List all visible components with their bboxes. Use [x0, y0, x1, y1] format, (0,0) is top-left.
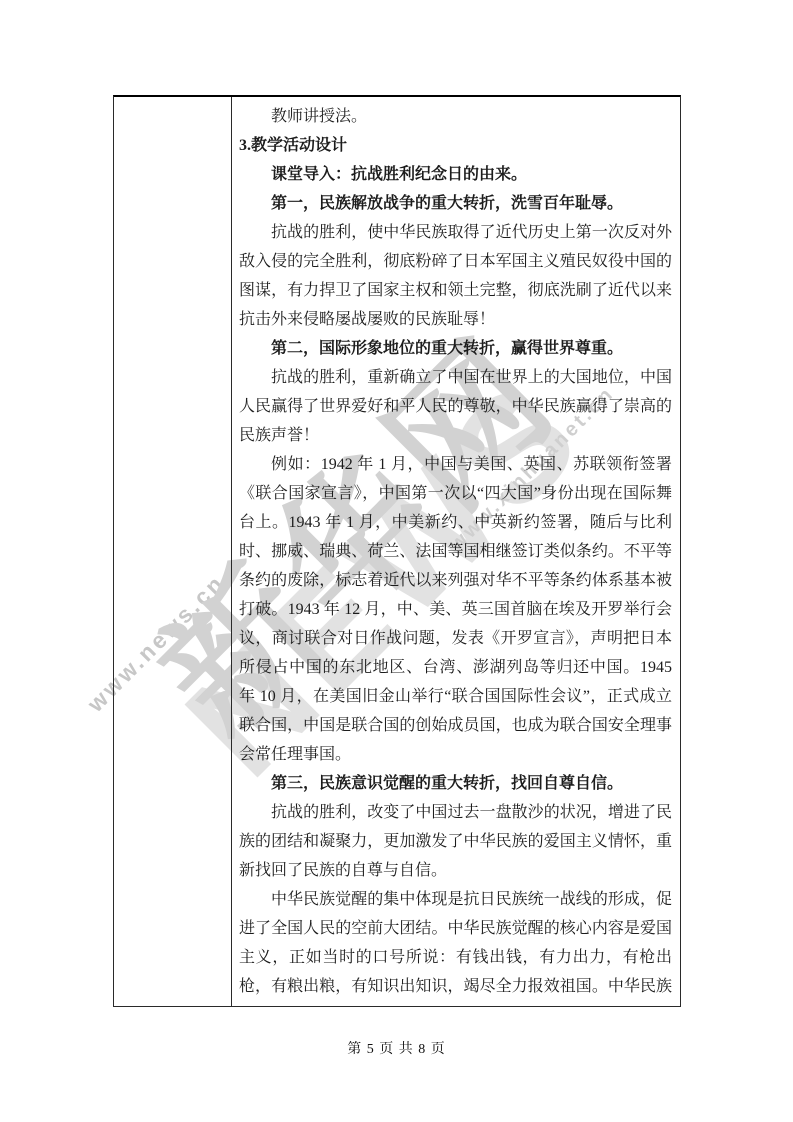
paragraph-teaching-method: 教师讲授法。 — [239, 102, 672, 131]
paragraph-point-2: 抗战的胜利，重新确立了中国在世界上的大国地位，中国人民赢得了世界爱好和平人民的尊… — [239, 363, 672, 450]
document-page: www.news.cn NEWS 新华网 www.xinhuanet.cn 教师… — [0, 0, 793, 1122]
heading-point-1: 第一，民族解放战争的重大转折，洗雪百年耻辱。 — [239, 189, 672, 218]
paragraph-point-3: 抗战的胜利，改变了中国过去一盘散沙的状况，增进了民族的团结和凝聚力，更加激发了中… — [239, 798, 672, 885]
heading-point-2: 第二，国际形象地位的重大转折，赢得世界尊重。 — [239, 334, 672, 363]
heading-activity-design: 3.教学活动设计 — [239, 131, 672, 160]
heading-lesson-intro: 课堂导入：抗战胜利纪念日的由来。 — [239, 160, 672, 189]
lesson-plan-table: 教师讲授法。 3.教学活动设计 课堂导入：抗战胜利纪念日的由来。 第一，民族解放… — [113, 95, 681, 1007]
table-cell-content: 教师讲授法。 3.教学活动设计 课堂导入：抗战胜利纪念日的由来。 第一，民族解放… — [232, 97, 680, 1006]
table-cell-left — [114, 97, 232, 1006]
paragraph-point-3-cont: 中华民族觉醒的集中体现是抗日民族统一战线的形成，促进了全国人民的空前大团结。中华… — [239, 885, 672, 1006]
page-number: 第 5 页 共 8 页 — [347, 1042, 446, 1057]
paragraph-point-1: 抗战的胜利，使中华民族取得了近代历史上第一次反对外敌入侵的完全胜利，彻底粉碎了日… — [239, 218, 672, 334]
page-footer: 第 5 页 共 8 页 — [0, 1038, 793, 1058]
heading-point-3: 第三，民族意识觉醒的重大转折，找回自尊自信。 — [239, 769, 672, 798]
paragraph-point-2-example: 例如：1942 年 1 月，中国与美国、英国、苏联领衔签署《联合国家宣言》，中国… — [239, 450, 672, 769]
